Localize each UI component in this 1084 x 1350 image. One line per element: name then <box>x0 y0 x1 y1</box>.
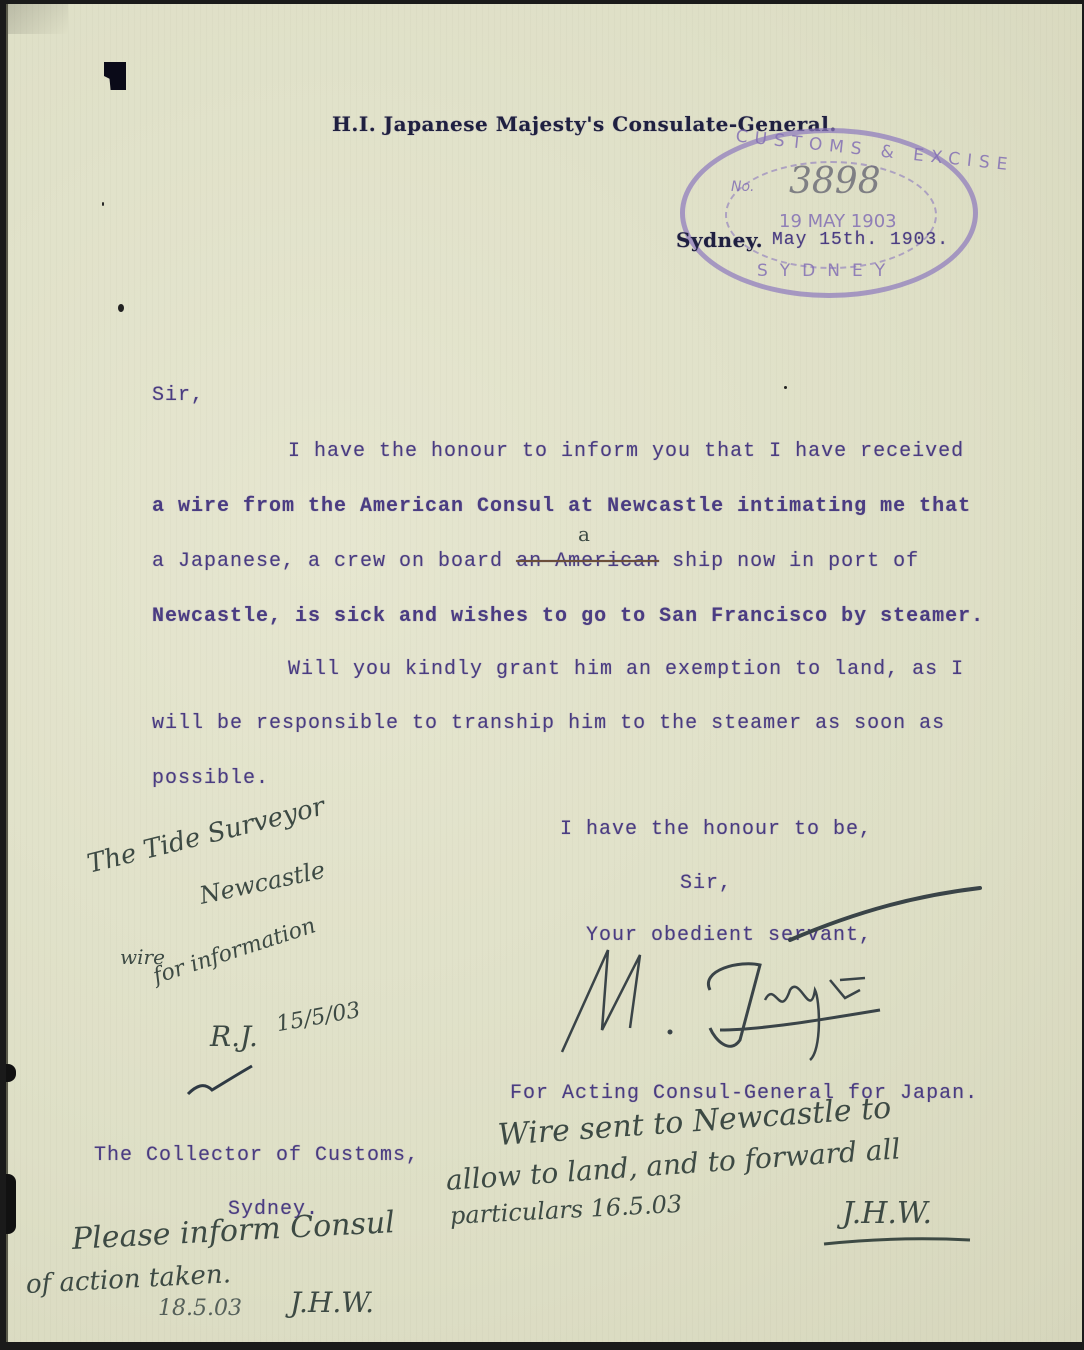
body-line-5: Will you kindly grant him an exemption t… <box>288 658 964 681</box>
punch-hole <box>104 62 126 90</box>
letter-date: May 15th. 1903. <box>772 230 949 250</box>
bottom-note-initials: J.H.W. <box>290 1286 374 1319</box>
stamp-number: 3898 <box>789 161 881 202</box>
body-line-4: Newcastle, is sick and wishes to go to S… <box>152 605 984 628</box>
bottom-note-date: 18.5.03 <box>158 1296 242 1321</box>
struck-text: an American <box>516 550 659 573</box>
body-line-7: possible. <box>152 767 269 790</box>
closing-line-1: I have the honour to be, <box>560 818 872 841</box>
right-note-initials: J.H.W. <box>842 1196 932 1231</box>
ink-speck <box>784 386 787 389</box>
ink-speck <box>102 202 104 206</box>
torn-edge <box>6 1174 16 1234</box>
margin-mark-icon <box>186 1060 266 1100</box>
body-line-3: a Japanese, a crew on board an American … <box>152 550 919 573</box>
addressee-line-1: The Collector of Customs, <box>94 1144 419 1167</box>
handwritten-insertion: a <box>578 522 590 546</box>
stamp-number-prefix: No. <box>731 179 755 195</box>
salutation: Sir, <box>152 384 204 407</box>
initials-underline-icon <box>820 1234 980 1248</box>
margin-note-initials: R.J. <box>210 1020 258 1053</box>
body-line-2: a wire from the American Consul at Newca… <box>152 495 971 518</box>
signature-icon <box>560 880 1000 1080</box>
letterhead-place: Sydney. <box>676 228 763 252</box>
stamp-bottom-text: SYDNEY <box>757 261 897 281</box>
stamp-date: 19 MAY 1903 <box>779 211 897 232</box>
body-line-6: will be responsible to tranship him to t… <box>152 712 945 735</box>
ink-speck <box>118 304 124 312</box>
customs-stamp: CUSTOMS & EXCISE No. 3898 19 MAY 1903 SY… <box>680 128 978 298</box>
torn-edge <box>6 1064 16 1082</box>
body-line-1: I have the honour to inform you that I h… <box>288 440 964 463</box>
